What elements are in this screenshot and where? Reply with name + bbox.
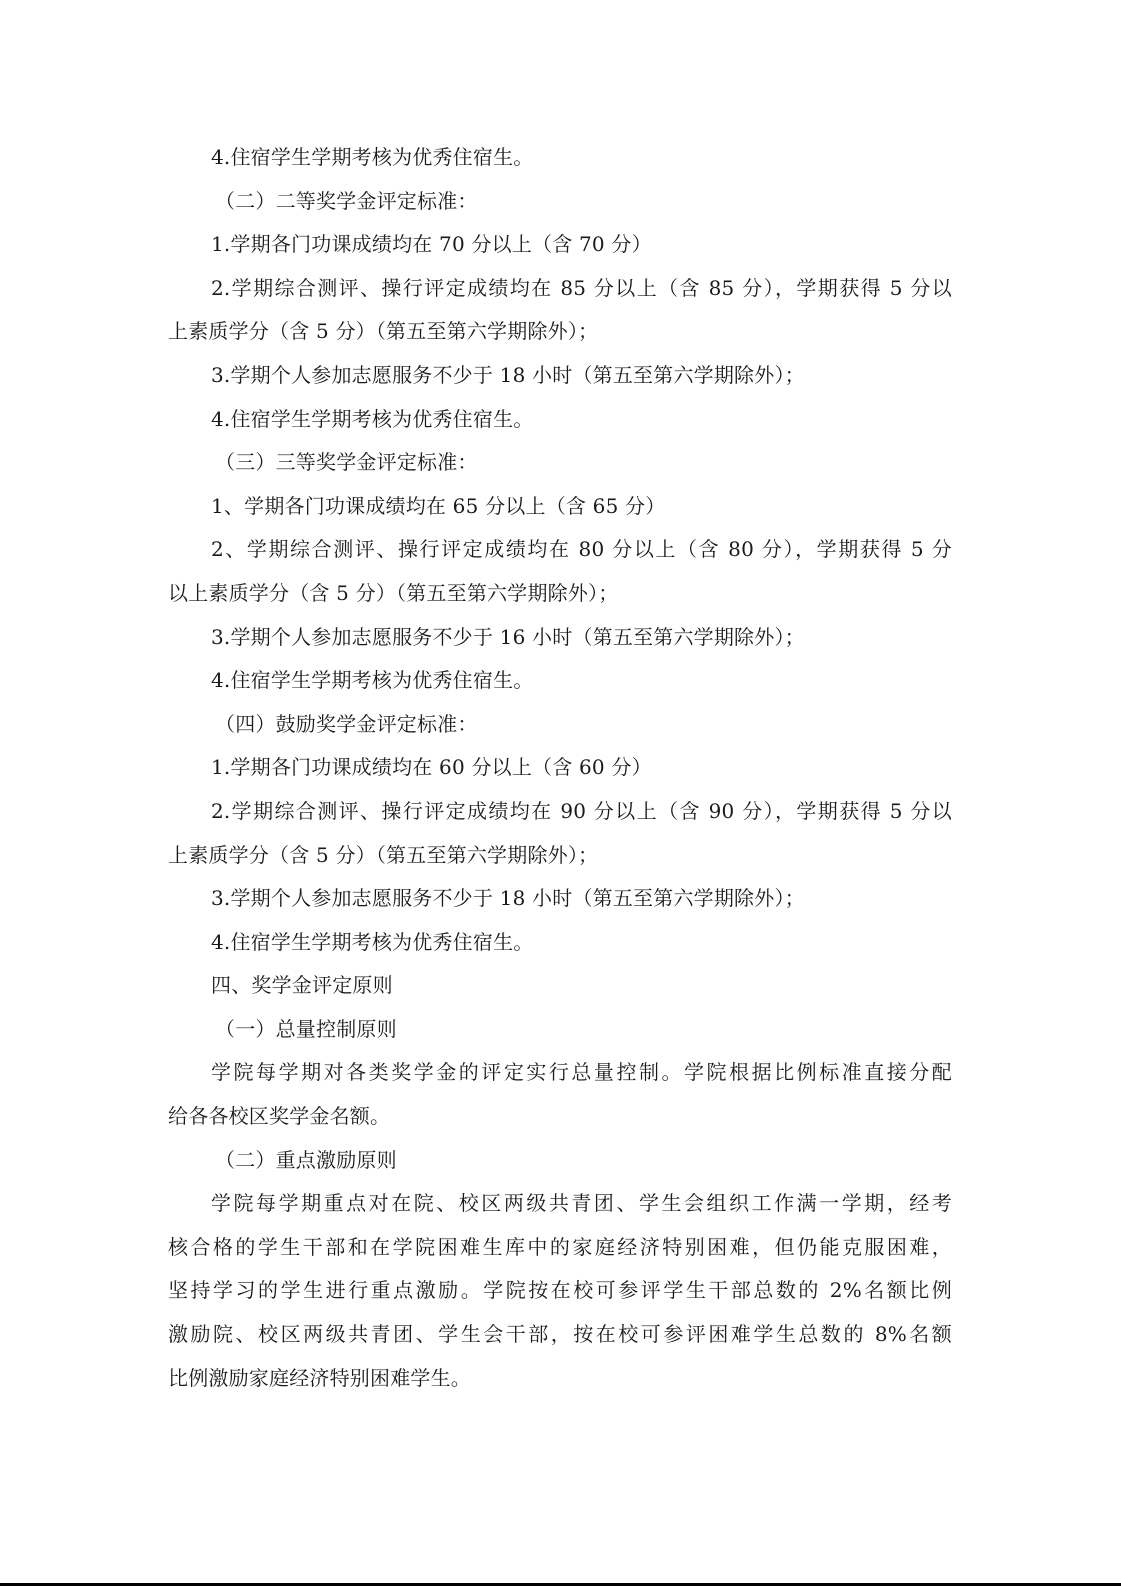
section-heading: （四）鼓励奖学金评定标准： bbox=[168, 703, 952, 747]
paragraph-line: 坚持学习的学生进行重点激励。学院按在校可参评学生干部总数的 2%名额比例 bbox=[168, 1269, 952, 1313]
text-line: 2、学期综合测评、操行评定成绩均在 80 分以上（含 80 分），学期获得 5 … bbox=[168, 528, 952, 572]
document-page: 4.住宿学生学期考核为优秀住宿生。 （二）二等奖学金评定标准： 1.学期各门功课… bbox=[168, 136, 952, 1400]
text-line: 以上素质学分（含 5 分）（第五至第六学期除外）； bbox=[168, 572, 952, 616]
section-heading: （二）重点激励原则 bbox=[168, 1139, 952, 1183]
text-line: 4.住宿学生学期考核为优秀住宿生。 bbox=[168, 921, 952, 965]
paragraph-line: 激励院、校区两级共青团、学生会干部，按在校可参评困难学生总数的 8%名额 bbox=[168, 1313, 952, 1357]
text-line: 上素质学分（含 5 分）（第五至第六学期除外）； bbox=[168, 310, 952, 354]
text-line: 2.学期综合测评、操行评定成绩均在 85 分以上（含 85 分），学期获得 5 … bbox=[168, 267, 952, 311]
paragraph-line: 比例激励家庭经济特别困难学生。 bbox=[168, 1357, 952, 1401]
text-line: 1、学期各门功课成绩均在 65 分以上（含 65 分） bbox=[168, 485, 952, 529]
section-heading: （一）总量控制原则 bbox=[168, 1008, 952, 1052]
text-line: 4.住宿学生学期考核为优秀住宿生。 bbox=[168, 136, 952, 180]
paragraph-line: 学院每学期重点对在院、校区两级共青团、学生会组织工作满一学期，经考 bbox=[168, 1182, 952, 1226]
text-line: 4.住宿学生学期考核为优秀住宿生。 bbox=[168, 398, 952, 442]
section-heading: （二）二等奖学金评定标准： bbox=[168, 180, 952, 224]
section-heading: （三）三等奖学金评定标准： bbox=[168, 441, 952, 485]
paragraph-line: 学院每学期对各类奖学金的评定实行总量控制。学院根据比例标准直接分配 bbox=[168, 1051, 952, 1095]
text-line: 3.学期个人参加志愿服务不少于 18 小时（第五至第六学期除外）； bbox=[168, 877, 952, 921]
text-line: 2.学期综合测评、操行评定成绩均在 90 分以上（含 90 分），学期获得 5 … bbox=[168, 790, 952, 834]
text-line: 3.学期个人参加志愿服务不少于 18 小时（第五至第六学期除外）； bbox=[168, 354, 952, 398]
text-line: 上素质学分（含 5 分）（第五至第六学期除外）； bbox=[168, 834, 952, 878]
text-line: 1.学期各门功课成绩均在 70 分以上（含 70 分） bbox=[168, 223, 952, 267]
chapter-heading: 四、奖学金评定原则 bbox=[168, 964, 952, 1008]
paragraph-line: 核合格的学生干部和在学院困难生库中的家庭经济特别困难，但仍能克服困难， bbox=[168, 1226, 952, 1270]
text-line: 1.学期各门功课成绩均在 60 分以上（含 60 分） bbox=[168, 746, 952, 790]
text-line: 4.住宿学生学期考核为优秀住宿生。 bbox=[168, 659, 952, 703]
text-line: 3.学期个人参加志愿服务不少于 16 小时（第五至第六学期除外）； bbox=[168, 616, 952, 660]
paragraph-line: 给各各校区奖学金名额。 bbox=[168, 1095, 952, 1139]
